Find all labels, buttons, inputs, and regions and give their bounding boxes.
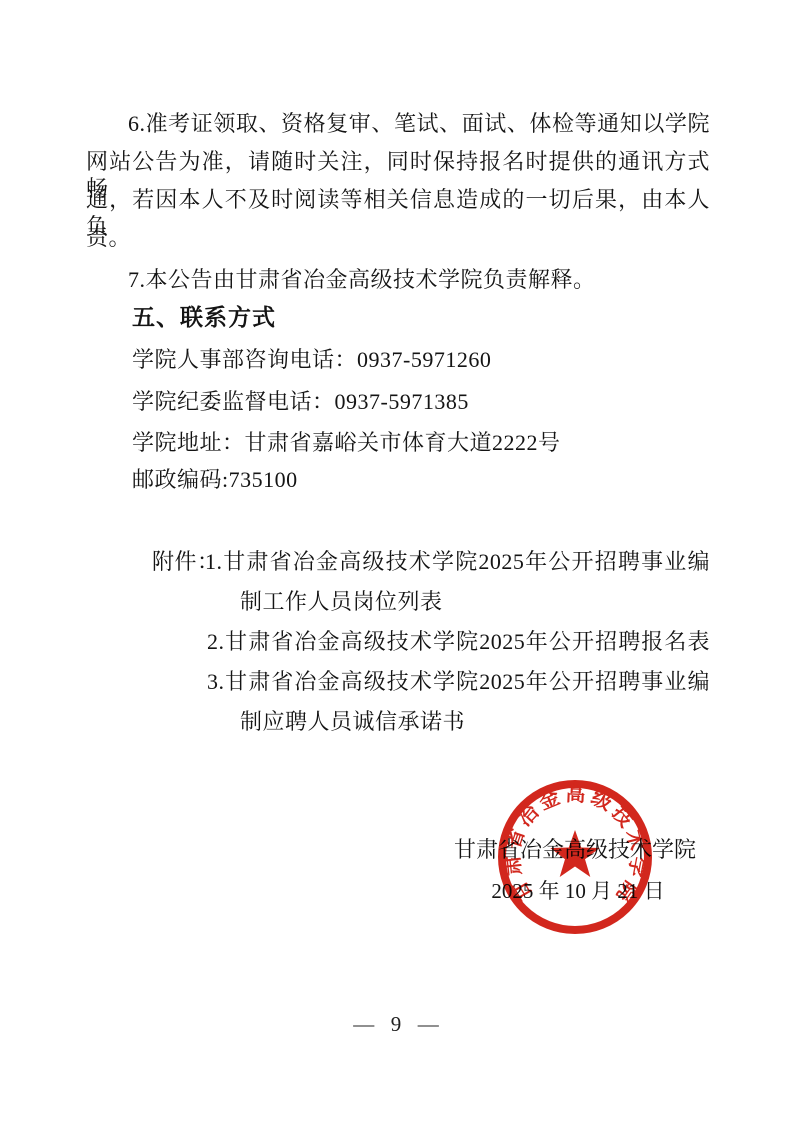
paragraph-7: 7.本公告由甘肃省冶金高级技术学院负责解释。	[128, 266, 596, 293]
attachment-item-2: 2.甘肃省冶金高级技术学院2025年公开招聘报名表	[207, 628, 710, 655]
contact-hr-phone: 学院人事部咨询电话：0937-5971260	[132, 346, 491, 373]
document-page: 6.准考证领取、资格复审、笔试、面试、体检等通知以学院 网站公告为准，请随时关注…	[0, 0, 793, 1122]
star-icon	[550, 830, 599, 877]
page-number: — 9 —	[353, 1012, 441, 1037]
attachment-item-3-line-2: 制应聘人员诚信承诺书	[240, 708, 465, 735]
attachment-item-1-line-2: 制工作人员岗位列表	[240, 588, 443, 615]
official-seal: 甘肃省冶金高级技术学院	[489, 771, 661, 943]
section-heading-contact: 五、联系方式	[132, 304, 276, 331]
paragraph-6-line-1: 6.准考证领取、资格复审、笔试、面试、体检等通知以学院	[128, 110, 710, 137]
contact-address: 学院地址：甘肃省嘉峪关市体育大道2222号	[132, 429, 561, 456]
paragraph-6-line-4: 责。	[86, 224, 131, 251]
attachment-item-1-line-1: 1.甘肃省冶金高级技术学院2025年公开招聘事业编	[205, 548, 710, 575]
contact-postal-code: 邮政编码:735100	[132, 466, 298, 493]
paragraph-6-line-3: 通，若因本人不及时阅读等相关信息造成的一切后果，由本人负	[86, 186, 710, 240]
contact-discipline-phone: 学院纪委监督电话：0937-5971385	[132, 388, 469, 415]
attachment-item-3-line-1: 3.甘肃省冶金高级技术学院2025年公开招聘事业编	[207, 668, 710, 695]
